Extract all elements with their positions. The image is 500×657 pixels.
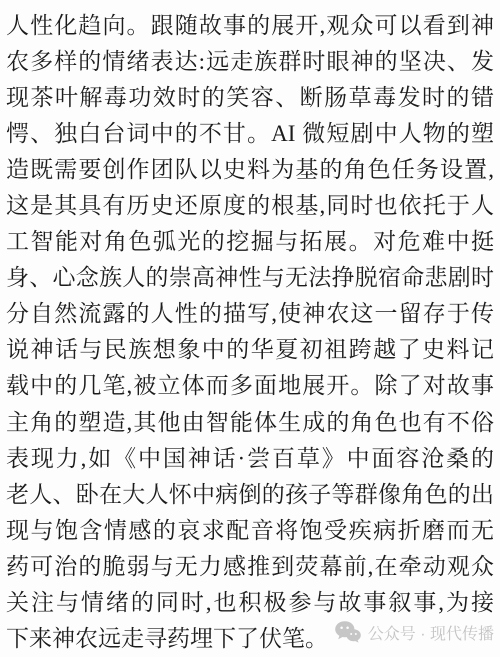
- article-page: 人性化趋向。跟随故事的展开,观众可以看到神 农多样的情绪表达:远走族群时眼神的坚…: [0, 0, 500, 657]
- text-line: 药可治的脆弱与无力感推到荧幕前,在牵动观众: [6, 549, 494, 585]
- wechat-icon: [335, 621, 361, 643]
- text-line: 这是其具有历史还原度的根基,同时也依托于人: [6, 188, 494, 224]
- text-line: 关注与情绪的同时,也积极参与故事叙事,为接: [6, 585, 494, 621]
- text-line: 现茶叶解毒功效时的笑容、断肠草毒发时的错: [6, 80, 494, 116]
- text-line: 现与饱含情感的哀求配音将饱受疾病折磨而无: [6, 513, 494, 549]
- text-line: 农多样的情绪表达:远走族群时眼神的坚决、发: [6, 44, 494, 80]
- text-line: 工智能对角色弧光的挖掘与拓展。对危难中挺: [6, 224, 494, 260]
- text-line: 说神话与民族想象中的华夏初祖跨越了史料记: [6, 332, 494, 368]
- text-line: 主角的塑造,其他由智能体生成的角色也有不俗: [6, 405, 494, 441]
- text-line: 老人、卧在大人怀中病倒的孩子等群像角色的出: [6, 477, 494, 513]
- text-line: 身、心念族人的崇高神性与无法挣脱宿命悲剧时: [6, 260, 494, 296]
- text-line: 载中的几笔,被立体而多面地展开。除了对故事: [6, 368, 494, 404]
- wechat-watermark: 公众号 · 现代传播: [335, 619, 494, 645]
- watermark-label: 公众号 · 现代传播: [368, 621, 494, 644]
- text-line: 人性化趋向。跟随故事的展开,观众可以看到神: [6, 8, 494, 44]
- text-line: 表现力,如《中国神话·尝百草》中面容沧桑的: [6, 441, 494, 477]
- text-line: 造既需要创作团队以史料为基的角色任务设置,: [6, 152, 494, 188]
- text-line: 愕、独白台词中的不甘。AI 微短剧中人物的塑: [6, 116, 494, 152]
- text-line: 分自然流露的人性的描写,使神农这一留存于传: [6, 296, 494, 332]
